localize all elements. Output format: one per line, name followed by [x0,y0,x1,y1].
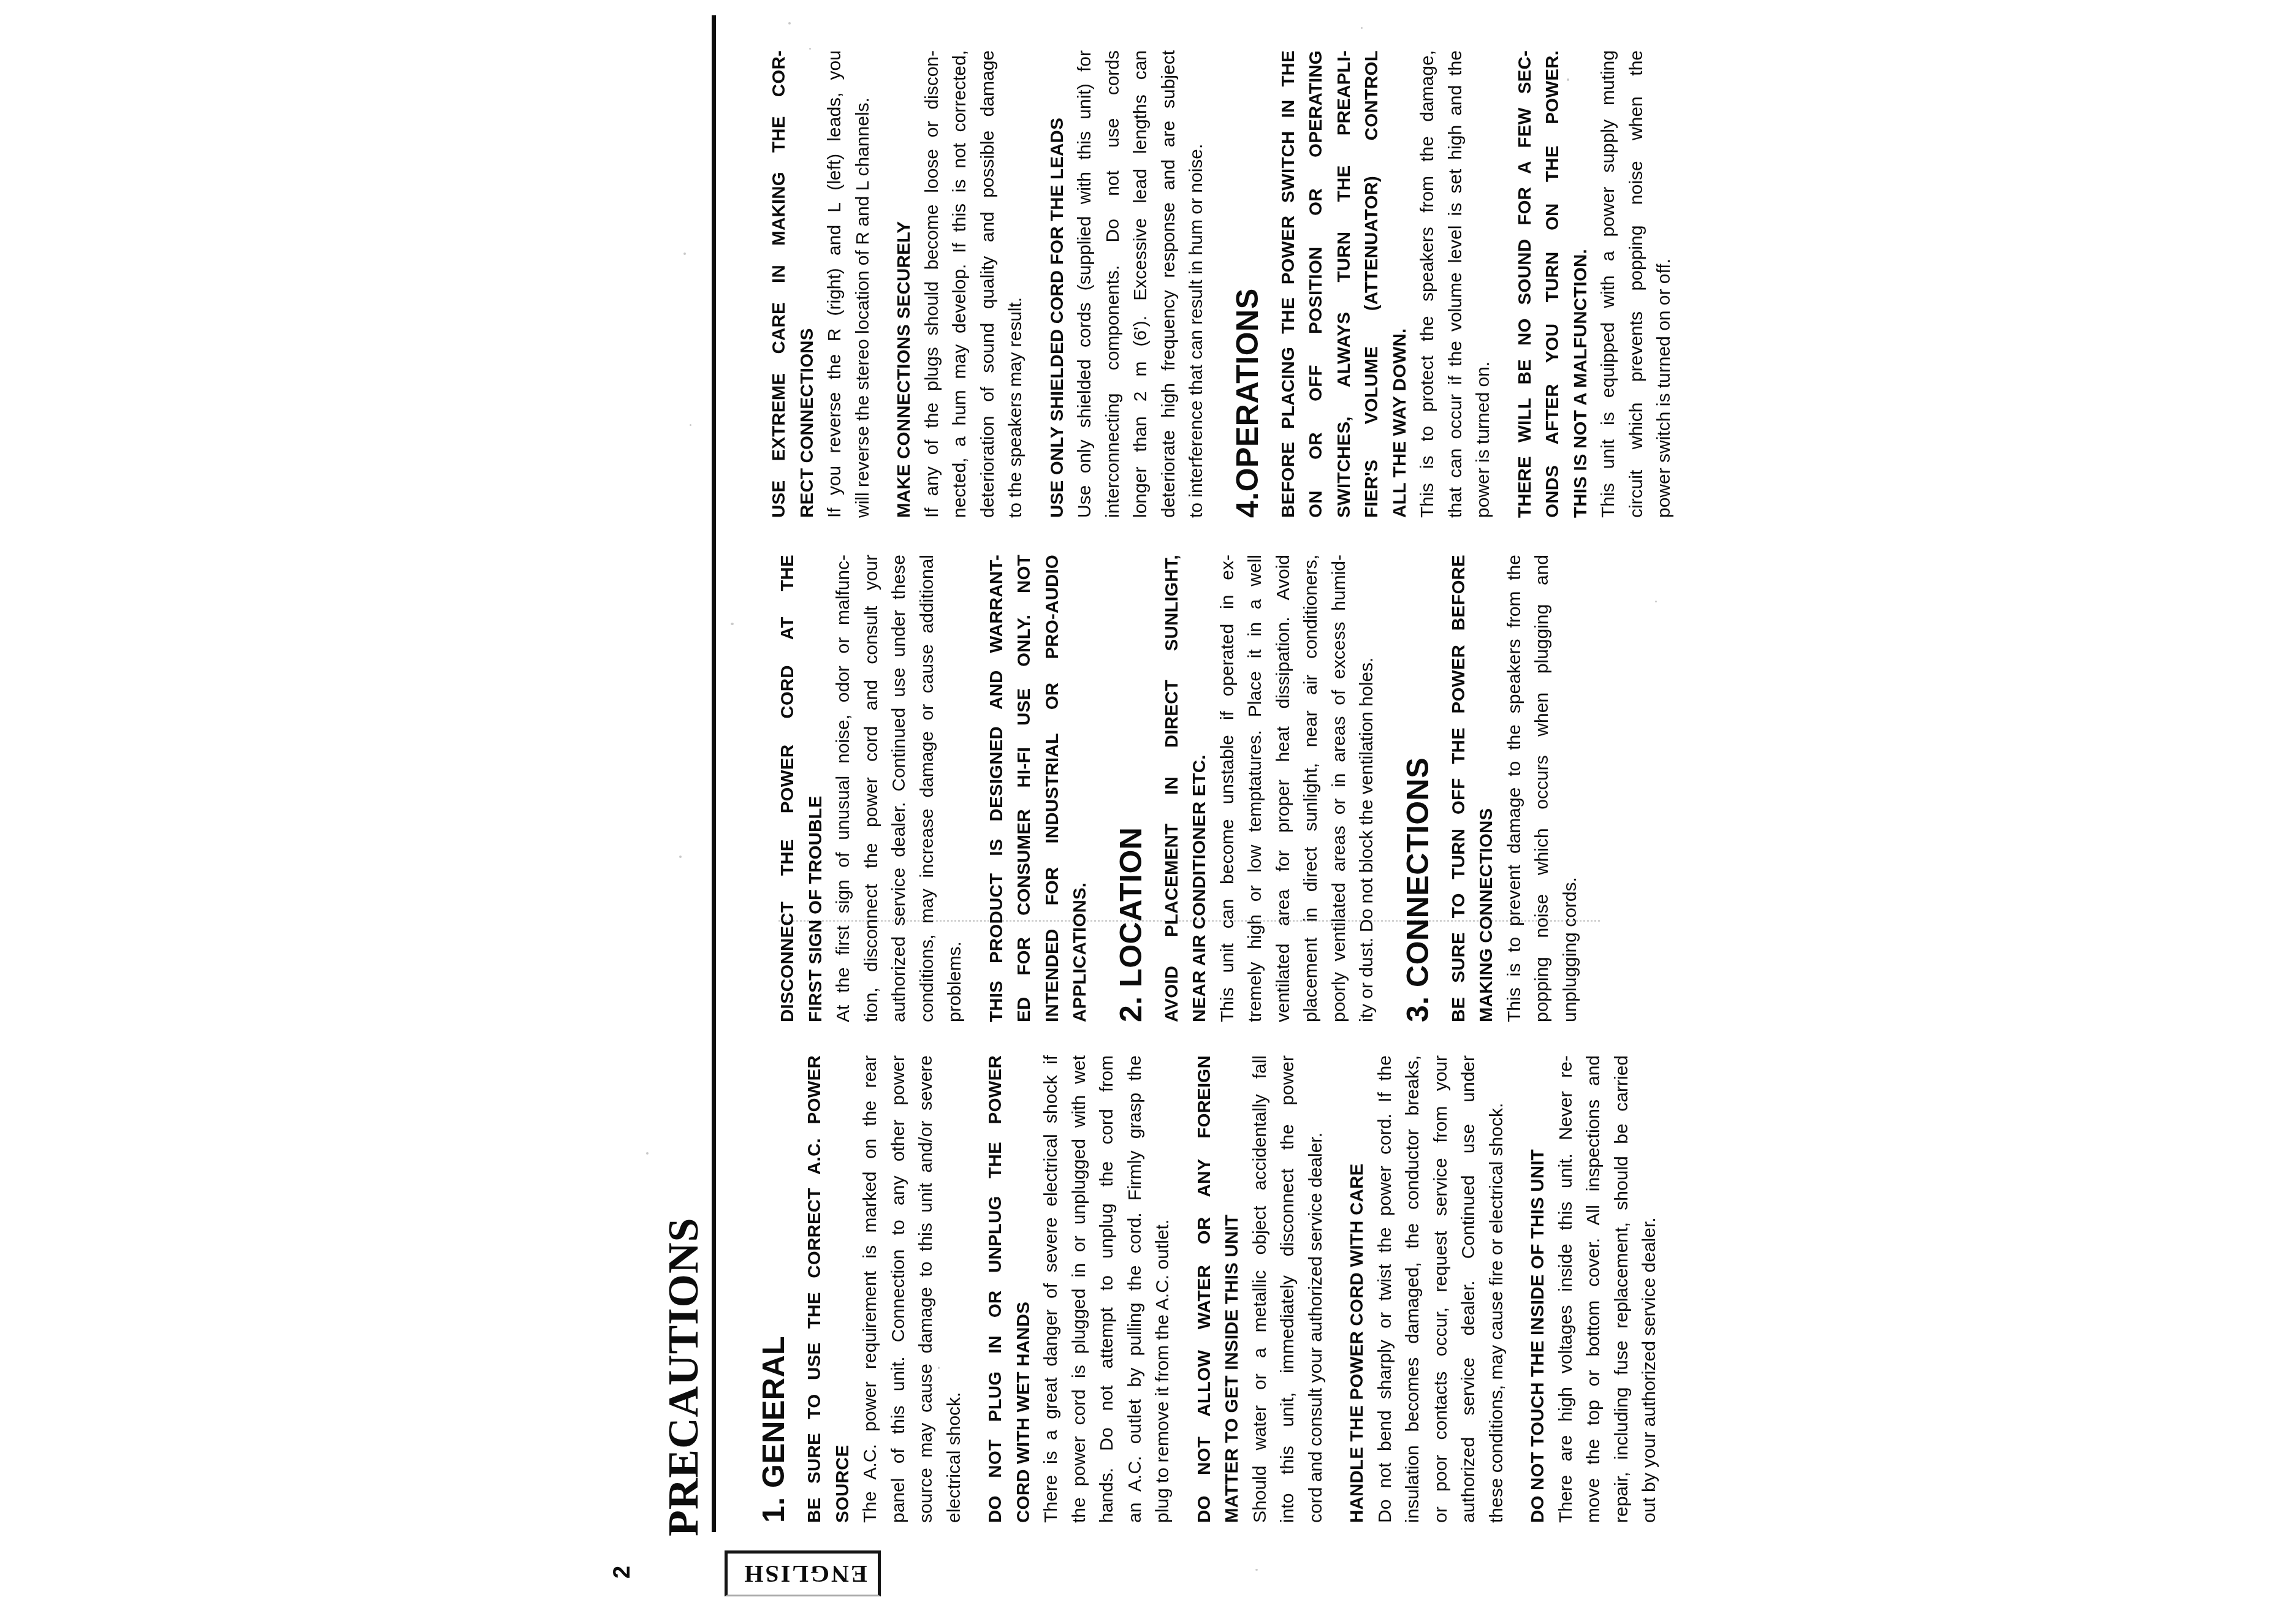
text-line: electrical shock. [940,1055,969,1523]
section-heading: 2. LOCATION [1113,555,1152,1022]
scan-speck [1255,1569,1258,1571]
scan-speck [679,856,682,858]
text-line: The A.C. power requirement is marked on … [856,1055,885,1523]
text-line: DISCONNECT THE POWER CORD AT THE [774,555,802,1022]
scan-speck [646,1152,649,1155]
text-line: This unit can become unstable if operate… [1214,555,1242,1022]
text-line: RECT CONNECTIONS [793,50,821,518]
text-line: There are high voltages inside this unit… [1552,1055,1580,1523]
language-tab: ENGLISH [725,1550,881,1596]
text-line: ity or dust. Do not block the ventilatio… [1353,555,1381,1022]
text-line: conditions, may increase damage or cause… [913,555,942,1022]
title-rule [712,15,716,1532]
scan-speck [1361,27,1363,29]
text-line: problems. [941,555,969,1022]
text-line: FIRST SIGN OF TROUBLE [802,555,830,1022]
text-line: unplugging cords. [1556,555,1585,1022]
text-line: power switch is turned on or off. [1650,50,1678,518]
text-line: USE ONLY SHIELDED CORD FOR THE LEADS [1043,50,1071,518]
text-line: DO NOT ALLOW WATER OR ANY FOREIGN [1190,1055,1219,1523]
text-line: longer than 2 m (6'). Excessive lead len… [1127,50,1155,518]
scan-speck [731,623,734,625]
scan-speck [1655,601,1657,602]
text-line: HANDLE THE POWER CORD WITH CARE [1343,1055,1371,1523]
text-line: or poor contacts occur, request service … [1427,1055,1455,1523]
column-3: USE EXTREME CARE IN MAKING THE COR-RECT … [765,50,1678,518]
text-line: APPLICATIONS. [1066,555,1094,1022]
column-2: DISCONNECT THE POWER CORD AT THEFIRST SI… [774,555,1584,1022]
text-line: Should water or a metallic object accide… [1246,1055,1274,1523]
text-line: power is turned on. [1469,50,1498,518]
text-line: THIS IS NOT A MALFUNCTION. [1567,50,1595,518]
text-line: CORD WITH WET HANDS [1010,1055,1038,1523]
text-line: There is a great danger of severe electr… [1037,1055,1065,1523]
page-number: 2 [609,1565,636,1579]
text-line: the power cord is plugged in or unplugge… [1065,1055,1094,1523]
text-line: ALL THE WAY DOWN. [1386,50,1414,518]
text-line: THIS PRODUCT IS DESIGNED AND WARRANT- [983,555,1011,1022]
text-line: THERE WILL BE NO SOUND FOR A FEW SEC- [1511,50,1539,518]
text-line: This unit is equipped with a power suppl… [1594,50,1623,518]
text-line: plug to remove it from the A.C. outlet. [1149,1055,1177,1523]
text-line: move the top or bottom cover. All inspec… [1580,1055,1608,1523]
scan-speck [1567,78,1569,81]
scan-speck [788,22,791,25]
language-tab-label: ENGLISH [730,1552,880,1595]
text-line: cord and consult your authorized service… [1302,1055,1330,1523]
text-line: If any of the plugs should become loose … [918,50,946,518]
text-line: ED FOR CONSUMER HI-FI USE ONLY. NOT [1010,555,1038,1022]
text-line: Use only shielded cords (supplied with t… [1071,50,1099,518]
column-1: 1. GENERALBE SURE TO USE THE CORRECT A.C… [755,1055,1664,1523]
text-line: that can occur if the volume level is se… [1442,50,1470,518]
text-line: This is to protect the speakers from the… [1414,50,1442,518]
text-line: ventilated area for proper heat dissipat… [1269,555,1298,1022]
text-line: SOURCE [829,1055,857,1523]
text-line: AVOID PLACEMENT IN DIRECT SUNLIGHT, [1158,555,1186,1022]
text-line: authorized service dealer. Continued use… [1455,1055,1483,1523]
scan-speck [683,252,686,255]
text-line: deterioration of sound quality and possi… [974,50,1002,518]
text-line: BE SURE TO TURN OFF THE POWER BEFORE [1445,555,1473,1022]
text-line: deteriorate high frequency response and … [1155,50,1183,518]
text-line: BEFORE PLACING THE POWER SWITCH IN THE [1274,50,1303,518]
text-line: SWITCHES, ALWAYS TURN THE PREAPLI- [1330,50,1358,518]
text-line: hands. Do not attempt to unplug the cord… [1093,1055,1121,1523]
text-line: BE SURE TO USE THE CORRECT A.C. POWER [801,1055,829,1523]
text-line: an A.C. outlet by pulling the cord. Firm… [1121,1055,1149,1523]
text-line: DO NOT TOUCH THE INSIDE OF THIS UNIT [1524,1055,1552,1523]
text-line: ON OR OFF POSITION OR OPERATING [1302,50,1330,518]
text-line: source may cause damage to this unit and… [912,1055,940,1523]
text-line: NEAR AIR CONDITIONER ETC. [1186,555,1214,1022]
section-heading: 3. CONNECTIONS [1399,555,1439,1022]
text-line: tremely high or low temptatures. Place i… [1241,555,1269,1022]
text-line: tion, disconnect the power cord and cons… [858,555,886,1022]
text-line: panel of this unit. Connection to any ot… [885,1055,913,1523]
text-line: ONDS AFTER YOU TURN ON THE POWER. [1539,50,1567,518]
text-line: these conditions, may cause fire or elec… [1483,1055,1511,1523]
section-heading: 1. GENERAL [755,1055,794,1523]
text-line: At the first sign of unusual noise, odor… [829,555,858,1022]
text-line: This is to prevent damage to the speaker… [1501,555,1529,1022]
text-line: repair, including fuse replacement, shou… [1608,1055,1636,1523]
text-line: interconnecting components. Do not use c… [1099,50,1127,518]
scan-speck [809,48,811,50]
manual-page: 2 PRECAUTIONS ENGLISH 1. GENERALBE SURE … [601,0,1722,1624]
text-line: to interference that can result in hum o… [1182,50,1211,518]
scan-canvas: { "document": { "page_number": "2", "lan… [0,0,2295,1624]
text-line: authorized service dealer. Continued use… [885,555,913,1022]
text-line: poorly ventilated areas or in areas of e… [1325,555,1353,1022]
text-line: FIER'S VOLUME (ATTENUATOR) CONTROL [1358,50,1386,518]
text-line: MAKING CONNECTIONS [1472,555,1501,1022]
scan-speck [938,1367,940,1369]
text-line: MATTER TO GET INSIDE THIS UNIT [1218,1055,1246,1523]
text-line: to the speakers may result. [1002,50,1030,518]
text-line: USE EXTREME CARE IN MAKING THE COR- [765,50,793,518]
text-line: placement in direct sunlight, near air c… [1297,555,1325,1022]
text-line: out by your authorized service dealer. [1635,1055,1664,1523]
text-line: If you reverse the R (right) and L (left… [821,50,849,518]
text-line: insulation becomes damaged, the conducto… [1399,1055,1427,1523]
section-heading: 4.OPERATIONS [1229,50,1268,518]
scan-speck [690,424,691,426]
text-line: into this unit, immediately disconnect t… [1274,1055,1302,1523]
text-line: Do not bend sharply or twist the power c… [1371,1055,1399,1523]
text-line: MAKE CONNECTIONS SECURELY [890,50,918,518]
text-line: nected, a hum may develop. If this is no… [946,50,974,518]
text-line: will reverse the stereo location of R an… [849,50,877,518]
page-title: PRECAUTIONS [662,1217,706,1536]
text-line: INTENDED FOR INDUSTRIAL OR PRO-AUDIO [1038,555,1067,1022]
text-line: circuit which prevents popping noise whe… [1623,50,1651,518]
text-line: DO NOT PLUG IN OR UNPLUG THE POWER [981,1055,1010,1523]
text-line: popping noise which occurs when plugging… [1528,555,1556,1022]
